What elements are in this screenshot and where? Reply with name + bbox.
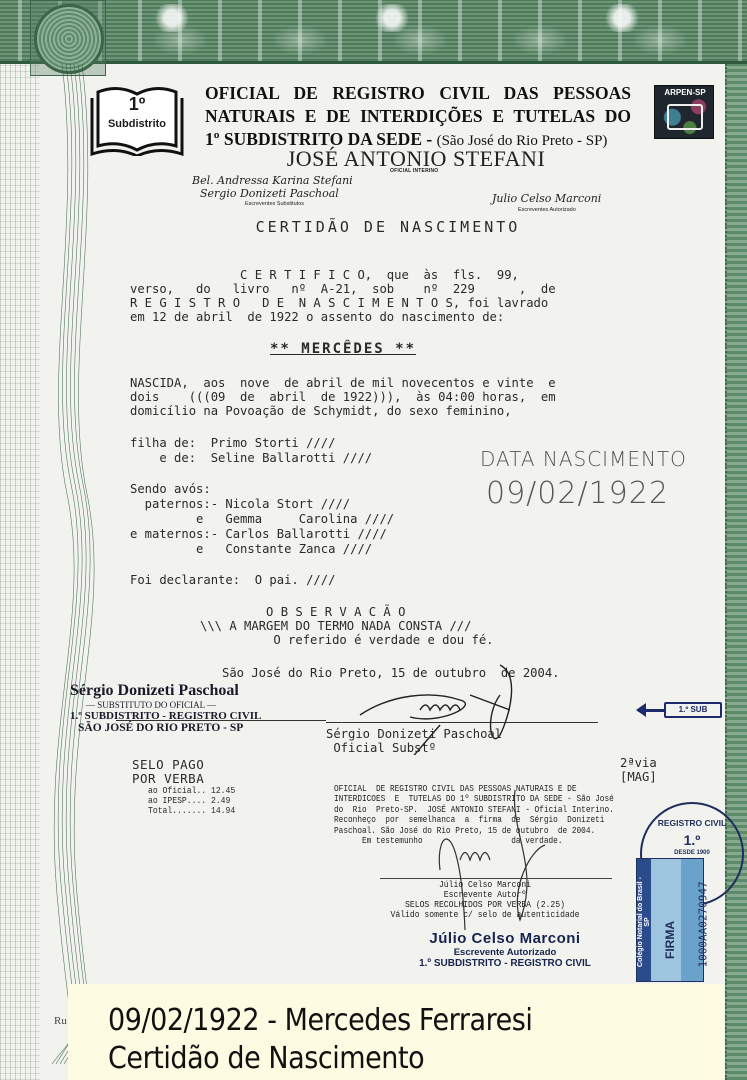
sub-tag-label: 1.º SUB (664, 702, 722, 718)
logo-number: 1º (88, 94, 186, 115)
parents-block: filha de: Primo Storti //// e de: Seline… (130, 436, 372, 466)
handwritten-date: 09/02/1922 (486, 476, 669, 511)
star-ornament-icon (370, 4, 414, 32)
caption-title: 09/02/1922 - Mercedes Ferraresi (108, 1002, 662, 1040)
office-heading: OFICIAL DE REGISTRO CIVIL DAS PESSOAS NA… (205, 82, 631, 153)
grandparent-line: e maternos:- Carlos Ballarotti //// (130, 527, 394, 542)
logo-label: Subdistrito (88, 118, 186, 130)
signature-line (116, 720, 326, 721)
certifico-line: R E G I S T R O D E N A S C I M E N T O … (130, 296, 556, 310)
parent-line: e de: Seline Ballarotti //// (130, 451, 372, 466)
caption-subtitle: Certidão de Nascimento (108, 1040, 662, 1078)
stamp-role: — SUBSTITUTO DO OFICIAL — (86, 700, 261, 710)
fees-table: ao Oficial.. 12.45ao IPESP.... 2.49Total… (148, 786, 235, 816)
arpen-arrow-logo-icon (667, 104, 703, 130)
certifico-line: C E R T I F I C O, que às fls. 99, (130, 268, 556, 282)
signer-block: Sérgio Donizeti Paschoal Oficial Substº (326, 727, 502, 755)
footer-fragment: Ru (54, 1015, 67, 1027)
clerk-stamp-office: 1.º SUBDISTRITO - REGISTRO CIVIL (380, 958, 630, 969)
substitutes-role: Escreventes Substitutos (245, 201, 304, 207)
substitute-1: Bel. Andressa Karina Stefani (192, 174, 353, 187)
certifico-line: verso, do livro nº A-21, sob nº 229 , de (130, 282, 556, 296)
round-stamp-sub: DESDE 1900 (642, 850, 742, 856)
subdistrito-logo: 1º Subdistrito (88, 84, 186, 156)
notary-seal: Colégio Notarial do Brasil - SP FIRMA 10… (636, 858, 704, 982)
authorized-role: Escreventes Autorizado (518, 207, 576, 213)
office-line-1: OFICIAL DE REGISTRO CIVIL DAS PESSOAS (205, 82, 631, 105)
observation-line: O B S E R V A C Ã O (200, 605, 494, 619)
arpen-label: ARPEN-SP (655, 88, 715, 97)
fees-title-line: SELO PAGO (132, 758, 204, 772)
copy-indicator: 2ªvia[MAG] (620, 756, 657, 784)
parent-line: filha de: Primo Storti //// (130, 436, 372, 451)
grandparents-block: Sendo avós: paternos:- Nicola Stort ////… (130, 482, 394, 557)
round-stamp-top: REGISTRO CIVIL (642, 818, 742, 828)
signer-name: Sérgio Donizeti Paschoal (326, 727, 502, 741)
stamp-name: Sérgio Donizeti Paschoal (70, 682, 261, 700)
certifico-line: em 12 de abril de 1922 o assento do nasc… (130, 310, 556, 324)
birth-line: dois (((09 de abril de 1922))), às 04:00… (130, 390, 556, 404)
observation-line: \\\ A MARGEM DO TERMO NADA CONSTA /// (200, 619, 494, 633)
fees-title: SELO PAGOPOR VERBA (132, 758, 204, 786)
notary-seal-code: 1000AA0270947 (697, 868, 710, 968)
birth-line: domicílio na Povoação de Schymidt, do se… (130, 404, 556, 418)
certifico-block: C E R T I F I C O, que às fls. 99,verso,… (130, 268, 556, 324)
notary-seal-word: FIRMA (663, 915, 677, 965)
substitute-2: Sergio Donizeti Paschoal (200, 187, 339, 200)
grandparent-line: e Constante Zanca //// (130, 542, 394, 557)
observation-line: O referido é verdade e dou fé. (200, 633, 494, 647)
recognition-validity: Válido somente c/ selo de autenticidade (379, 910, 592, 920)
office-line-2: NATURAIS E DE INTERDIÇÕES E TUTELAS DO (205, 105, 631, 128)
grandparent-line: Sendo avós: (130, 482, 394, 497)
clerk-stamp: Júlio Celso Marconi Escrevente Autorizad… (380, 930, 630, 969)
authorized-clerk: Julio Celso Marconi (492, 192, 601, 205)
clerk-stamp-role: Escrevente Autorizado (380, 947, 630, 958)
copy-code: [MAG] (620, 770, 657, 784)
guilloche-wave-icon (30, 64, 110, 1064)
subdistrito-tag: 1.º SUB (636, 700, 724, 720)
birth-block: NASCIDA, aos nove de abril de mil novece… (130, 376, 556, 418)
signer-role: Oficial Substº (326, 741, 502, 755)
substitute-stamp: Sérgio Donizeti Paschoal — SUBSTITUTO DO… (70, 682, 261, 734)
clerk-stamp-name: Júlio Celso Marconi (380, 930, 630, 947)
officer-role: OFICIAL INTERINO (390, 168, 438, 174)
fee-row: Total....... 14.94 (148, 806, 235, 816)
star-ornament-icon (600, 4, 644, 32)
arrow-shaft (638, 709, 666, 712)
observation-block: O B S E R V A C Ã O\\\ A MARGEM DO TERMO… (200, 605, 494, 647)
star-ornament-icon (150, 4, 194, 32)
arpen-badge: ARPEN-SP (654, 85, 714, 139)
security-border-right (725, 64, 747, 1080)
birth-line: NASCIDA, aos nove de abril de mil novece… (130, 376, 556, 390)
handwritten-label: DATA NASCIMENTO (480, 447, 687, 471)
declarant: Foi declarante: O pai. //// (130, 573, 335, 587)
round-stamp-center: 1.º (642, 832, 742, 848)
recognition-signer: Júlio Celso MarconiEscrevente AutorºSELO… (379, 880, 592, 920)
security-border-top (0, 0, 747, 64)
stamp-city: SÃO JOSÉ DO RIO PRETO - SP (78, 722, 261, 734)
notary-seal-issuer: Colégio Notarial do Brasil - SP (637, 877, 651, 967)
fees-title-line: POR VERBA (132, 772, 204, 786)
document-title: CERTIDÃO DE NASCIMENTO (186, 218, 590, 236)
copy-number: 2ªvia (620, 756, 657, 770)
registrant-name: ** MERCÊDES ** (270, 341, 416, 357)
grandparent-line: paternos:- Nicola Stort //// (130, 497, 394, 512)
caption-box: 09/02/1922 - Mercedes Ferraresi Certidão… (68, 984, 724, 1080)
grandparent-line: e Gemma Carolina //// (130, 512, 394, 527)
